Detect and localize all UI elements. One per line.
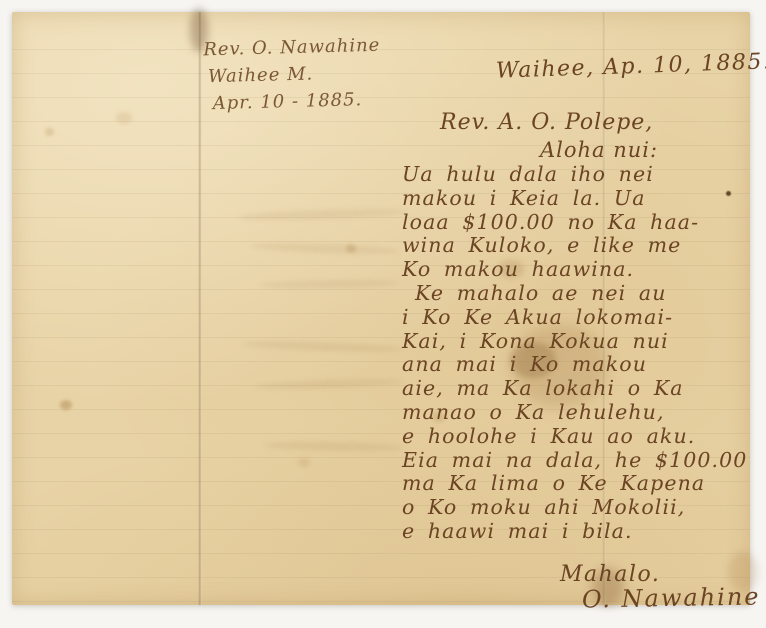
letter-signature: O. Nawahine — [582, 582, 761, 613]
letter-line: aie, ma Ka lokahi o Ka — [402, 377, 754, 401]
letter-greeting: Aloha nui: — [540, 138, 658, 162]
annotation-line: Rev. O. Nawahine — [203, 32, 381, 64]
foxing-spot — [45, 128, 54, 136]
letter-line: makou i Keia la. Ua — [402, 187, 754, 211]
letter-line: o Ko moku ahi Mokolii, — [402, 496, 754, 520]
letter-line: e haawi mai i bila. — [402, 520, 754, 544]
bleedthrough-text — [238, 207, 406, 222]
foxing-spot — [60, 400, 72, 410]
letter-line: e hoolohe i Kau ao aku. — [402, 425, 754, 449]
letter-line: loaa $100.00 no Ka haa- — [402, 211, 754, 235]
letter-closing: Mahalo. — [560, 562, 660, 587]
bleedthrough-text — [254, 377, 404, 390]
scanned-letter-background: Rev. O. Nawahine Waihee M. Apr. 10 - 188… — [0, 0, 766, 628]
letter-line: Kai, i Kona Kokua nui — [402, 330, 754, 354]
letter-line: Eia mai na dala, he $100.00 — [402, 449, 754, 473]
letter-line: Ko makou haawina. — [402, 258, 754, 282]
archival-annotation: Rev. O. Nawahine Waihee M. Apr. 10 - 188… — [203, 32, 382, 118]
bleedthrough-text — [250, 241, 400, 255]
bleedthrough-text — [260, 279, 400, 289]
letter-line: i Ko Ke Akua lokomai- — [402, 306, 754, 330]
foxing-spot — [116, 112, 132, 124]
letter-line: ma Ka lima o Ke Kapena — [402, 472, 754, 496]
letter-line: manao o Ka lehulehu, — [402, 401, 754, 425]
letter-line: wina Kuloko, e like me — [402, 234, 754, 258]
letter-recipient: Rev. A. O. Polepe, — [440, 110, 653, 135]
letter-line: Ua hulu dala iho nei — [402, 163, 754, 187]
fold-crease-left — [198, 12, 202, 605]
foxing-spot — [298, 458, 310, 467]
annotation-line: Apr. 10 - 1885. — [212, 86, 382, 117]
bleedthrough-text — [264, 441, 404, 452]
letter-line: Ke mahalo ae nei au — [402, 282, 754, 306]
letter-paper: Rev. O. Nawahine Waihee M. Apr. 10 - 188… — [12, 12, 750, 605]
bleedthrough-text — [242, 339, 402, 354]
letter-line: ana mai i Ko makou — [402, 353, 754, 377]
letter-dateline: Waihee, Ap. 10, 1885. — [496, 49, 766, 84]
letter-body: Ua hulu dala iho nei makou i Keia la. Ua… — [402, 163, 754, 544]
foxing-spot — [346, 244, 356, 253]
